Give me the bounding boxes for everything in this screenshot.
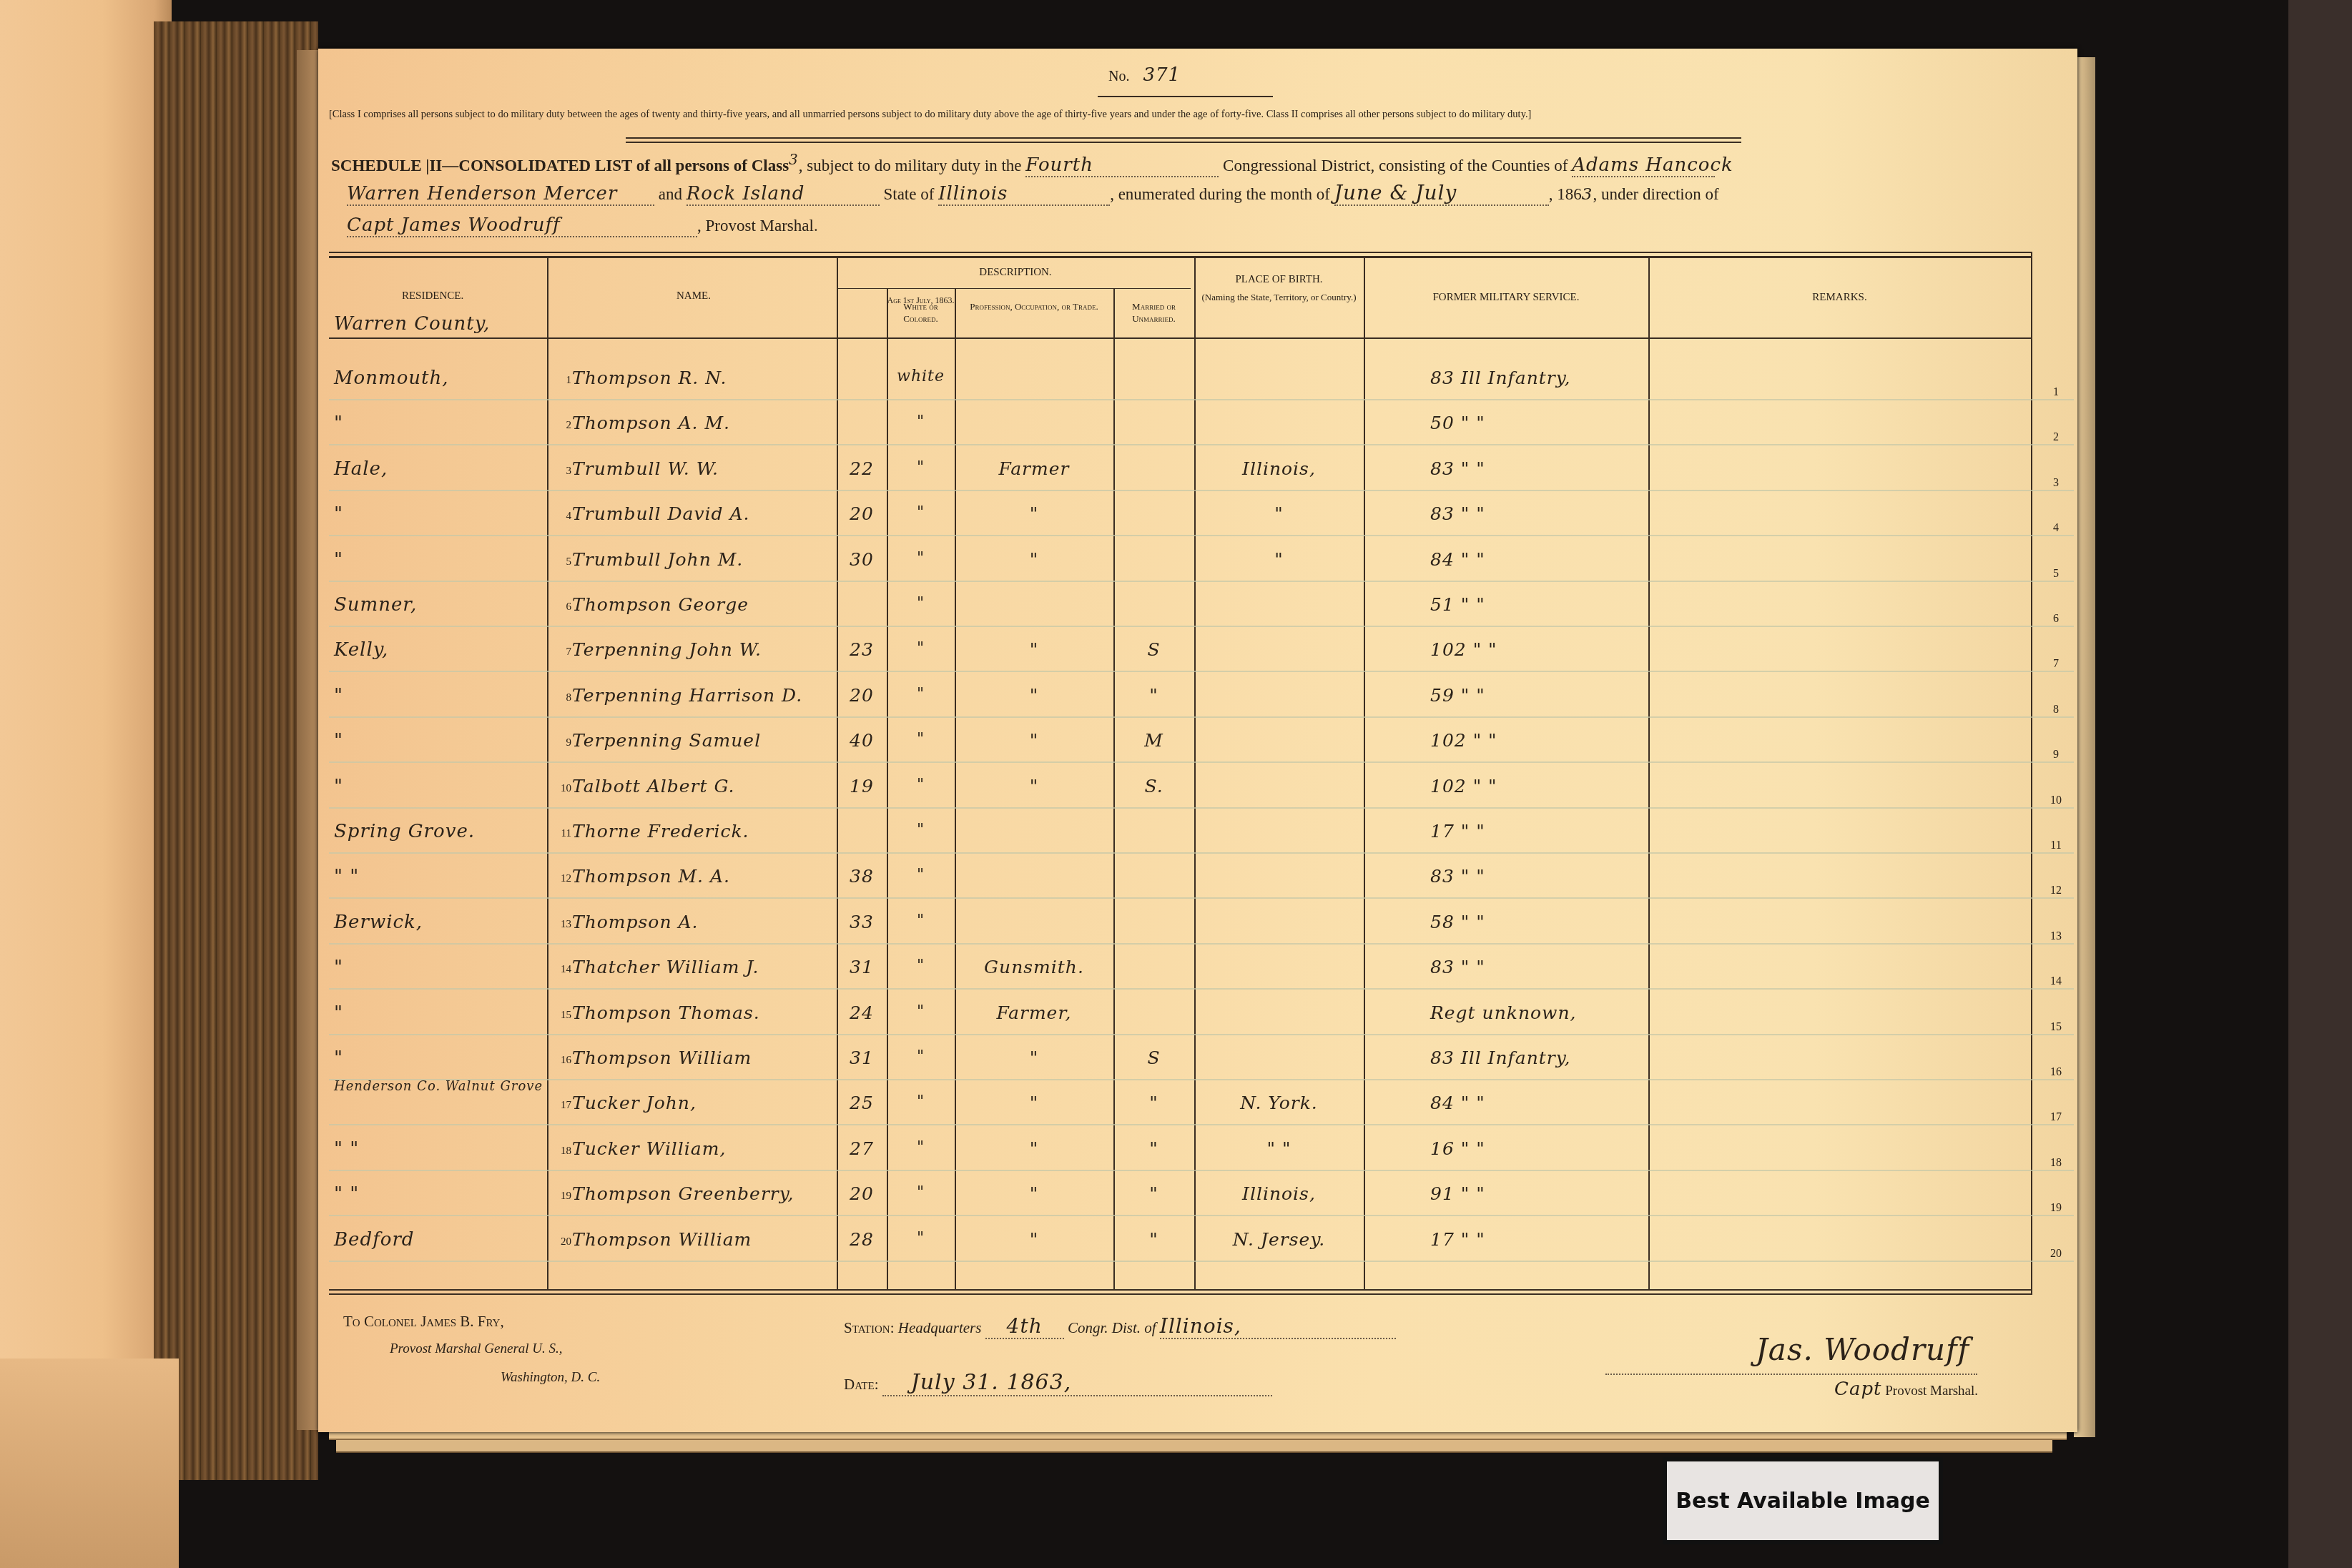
ruled-line xyxy=(329,807,2074,809)
cell-birth: Illinois, xyxy=(1194,458,1364,479)
header-profession: Profession, Occupation, or Trade. xyxy=(955,300,1113,312)
class-note: [Class I comprises all persons subject t… xyxy=(329,109,1531,121)
cell-military: 83 " " xyxy=(1430,957,1648,977)
date-line: Date: July 31. 1863, xyxy=(844,1370,1272,1396)
row-number: 5 xyxy=(554,556,571,568)
cell-color: " xyxy=(887,776,955,794)
cell-name: Thompson A. M. xyxy=(572,413,837,433)
cell-residence: Spring Grove. xyxy=(334,821,545,842)
row-number-margin: 15 xyxy=(2045,1021,2067,1034)
cell-birth: " xyxy=(1194,503,1364,524)
year-prefix: , 186 xyxy=(1549,185,1582,203)
row-number: 9 xyxy=(554,737,571,749)
table-bottom-rule xyxy=(329,1289,2031,1291)
cell-military: 83 Ill Infantry, xyxy=(1430,368,1648,388)
cell-profession: Farmer, xyxy=(955,1002,1113,1023)
cell-profession: " xyxy=(955,776,1113,797)
row-number-margin: 19 xyxy=(2045,1202,2067,1215)
row-number: 15 xyxy=(554,1010,571,1022)
ruled-line xyxy=(329,897,2074,899)
cell-profession: " xyxy=(955,685,1113,706)
cell-name: Thompson Thomas. xyxy=(572,1002,837,1023)
month-field: June & July xyxy=(1334,181,1549,206)
cell-name: Trumbull David A. xyxy=(572,503,837,524)
left-page xyxy=(0,0,172,1568)
cell-married: " xyxy=(1113,1229,1194,1250)
schedule-label: SCHEDULE xyxy=(331,157,422,174)
cell-color: white xyxy=(887,368,955,385)
cell-profession: " xyxy=(955,1183,1113,1204)
schedule-line-1: SCHEDULE |II—CONSOLIDATED LIST of all pe… xyxy=(331,151,1715,177)
cell-residence: " xyxy=(334,776,545,797)
cell-military: 83 " " xyxy=(1430,866,1648,887)
cell-age: 31 xyxy=(837,957,887,977)
badge-text: Best Available Image xyxy=(1676,1489,1930,1514)
state-field: Illinois xyxy=(938,183,1110,206)
cell-color: " xyxy=(887,957,955,975)
page-edges xyxy=(154,21,318,1480)
cell-name: Tucker William, xyxy=(572,1138,837,1159)
cell-residence: Henderson Co. Walnut Grove xyxy=(334,1080,545,1094)
cell-color: " xyxy=(887,1229,955,1247)
row-number: 17 xyxy=(554,1100,571,1112)
cell-residence: " xyxy=(334,503,545,525)
signature-title-print: Provost Marshal. xyxy=(1885,1384,1978,1399)
ruled-line xyxy=(329,535,2074,536)
row-number-margin: 1 xyxy=(2045,386,2067,399)
cell-residence: " xyxy=(334,549,545,571)
cell-military: 84 " " xyxy=(1430,549,1648,570)
and-text: and xyxy=(659,185,682,203)
row-number: 13 xyxy=(554,919,571,931)
cell-age: 25 xyxy=(837,1093,887,1113)
document-number: No. 371 xyxy=(1108,64,1181,86)
cell-color: " xyxy=(887,1093,955,1110)
ruled-line xyxy=(329,490,2074,491)
cell-residence: " xyxy=(334,957,545,978)
cell-color: " xyxy=(887,685,955,703)
ruled-line xyxy=(329,626,2074,627)
cell-residence: Kelly, xyxy=(334,639,545,661)
row-number-margin: 11 xyxy=(2045,839,2067,852)
cell-age: 31 xyxy=(837,1047,887,1068)
cell-name: Thorne Frederick. xyxy=(572,821,837,842)
ruled-line xyxy=(329,716,2074,718)
counties-field-3: Rock Island xyxy=(687,183,880,206)
header-birth: PLACE OF BIRTH. xyxy=(1194,274,1364,286)
cell-military: 58 " " xyxy=(1430,912,1648,932)
column-divider xyxy=(1194,257,1196,1289)
cell-name: Thompson William xyxy=(572,1047,837,1068)
cell-profession: Gunsmith. xyxy=(955,957,1113,977)
cell-married: S. xyxy=(1113,776,1194,797)
cell-age: 23 xyxy=(837,639,887,660)
cell-profession: " xyxy=(955,1229,1113,1250)
row-number: 12 xyxy=(554,873,571,885)
cell-residence: " " xyxy=(334,1138,545,1160)
ruled-line xyxy=(329,1261,2074,1262)
ruled-line xyxy=(329,943,2074,945)
cell-married: " xyxy=(1113,685,1194,706)
cell-residence: " " xyxy=(334,1183,545,1205)
row-number: 11 xyxy=(554,828,571,840)
cell-military: 59 " " xyxy=(1430,685,1648,706)
column-divider xyxy=(1648,257,1650,1289)
header-bottom-rule xyxy=(329,337,2031,339)
marshal-field: Capt James Woodruff xyxy=(347,215,697,237)
cell-color: " xyxy=(887,549,955,567)
row-number-margin: 16 xyxy=(2045,1066,2067,1079)
cell-military: 17 " " xyxy=(1430,821,1648,842)
row-number: 2 xyxy=(554,420,571,432)
cell-age: 38 xyxy=(837,866,887,887)
date-field: July 31. 1863, xyxy=(882,1370,1272,1396)
cell-residence: " xyxy=(334,1047,545,1069)
cell-profession: " xyxy=(955,730,1113,751)
row-number-margin: 10 xyxy=(2045,794,2067,807)
marshal-text: , Provost Marshal. xyxy=(697,217,818,235)
ruled-line xyxy=(329,1124,2074,1125)
cell-age: 27 xyxy=(837,1138,887,1159)
ruled-line xyxy=(329,1034,2074,1035)
cell-military: 102 " " xyxy=(1430,639,1648,660)
row-number: 10 xyxy=(554,783,571,795)
scan-background xyxy=(2288,0,2352,1568)
best-available-image-badge: Best Available Image xyxy=(1663,1457,1943,1544)
district-field: Fourth xyxy=(1025,154,1219,177)
ruled-line xyxy=(329,1170,2074,1171)
row-number-margin: 7 xyxy=(2045,658,2067,671)
divider xyxy=(1098,96,1273,97)
state-label: State of xyxy=(883,185,934,203)
cell-profession: " xyxy=(955,1138,1113,1159)
congr-field: Illinois, xyxy=(1160,1314,1396,1339)
cell-color: " xyxy=(887,1002,955,1020)
schedule-number: II xyxy=(429,157,442,174)
counties-field-2: Warren Henderson Mercer xyxy=(347,183,654,206)
cell-name: Terpenning John W. xyxy=(572,639,837,660)
cell-residence: Berwick, xyxy=(334,912,545,933)
cell-age: 20 xyxy=(837,503,887,524)
cell-name: Terpenning Harrison D. xyxy=(572,685,837,706)
cell-age: 28 xyxy=(837,1229,887,1250)
row-number: 16 xyxy=(554,1055,571,1067)
row-number-margin: 12 xyxy=(2045,884,2067,897)
cell-name: Terpenning Samuel xyxy=(572,730,837,751)
cell-profession: " xyxy=(955,1047,1113,1068)
cell-birth: N. Jersey. xyxy=(1194,1229,1364,1250)
row-number-margin: 13 xyxy=(2045,930,2067,943)
row-number-margin: 6 xyxy=(2045,613,2067,626)
cell-profession: " xyxy=(955,639,1113,660)
cell-name: Thompson George xyxy=(572,594,837,615)
cell-married: M xyxy=(1113,730,1194,751)
cell-profession: " xyxy=(955,1093,1113,1113)
header-description: DESCRIPTION. xyxy=(837,267,1194,279)
cell-residence: Sumner, xyxy=(334,594,545,616)
direction-text: , under direction of xyxy=(1593,185,1718,203)
footer-title-line: Provost Marshal General U. S., xyxy=(390,1341,563,1357)
row-number: 3 xyxy=(554,465,571,478)
divider xyxy=(626,137,1741,139)
row-number-margin: 3 xyxy=(2045,477,2067,490)
cell-military: Regt unknown, xyxy=(1430,1002,1648,1023)
row-number-margin: 9 xyxy=(2045,749,2067,761)
cell-residence: " " xyxy=(334,866,545,887)
station-field: 4th xyxy=(985,1314,1064,1339)
cell-age: 40 xyxy=(837,730,887,751)
column-divider xyxy=(837,257,838,1289)
left-page-corner xyxy=(0,1359,179,1568)
table-bottom-rule xyxy=(329,1293,2031,1295)
cell-married: S xyxy=(1113,639,1194,660)
number-label: No. xyxy=(1108,69,1129,84)
table-top-rule xyxy=(329,252,2031,253)
cell-color: " xyxy=(887,866,955,884)
divider xyxy=(626,142,1741,143)
cell-age: 24 xyxy=(837,1002,887,1023)
cell-military: 51 " " xyxy=(1430,594,1648,615)
cell-name: Thompson William xyxy=(572,1229,837,1250)
row-number: 1 xyxy=(554,375,571,387)
cell-age: 33 xyxy=(837,912,887,932)
row-number-margin: 8 xyxy=(2045,704,2067,716)
header-residence: RESIDENCE. xyxy=(340,290,526,302)
cell-name: Talbott Albert G. xyxy=(572,776,837,797)
cell-name: Trumbull John M. xyxy=(572,549,837,570)
counties-field-1: Adams Hancock xyxy=(1572,154,1715,177)
footer-to-line: To Colonel James B. Fry, xyxy=(343,1313,504,1331)
cell-age: 22 xyxy=(837,458,887,479)
cell-residence: " xyxy=(334,413,545,434)
cell-birth: N. York. xyxy=(1194,1093,1364,1113)
row-number-margin: 5 xyxy=(2045,568,2067,581)
station-text: Headquarters xyxy=(898,1319,982,1336)
cell-name: Thatcher William J. xyxy=(572,957,837,977)
schedule-title: —CONSOLIDATED LIST of all persons of Cla… xyxy=(442,157,789,174)
cell-name: Thompson M. A. xyxy=(572,866,837,887)
row-number-margin: 14 xyxy=(2045,975,2067,988)
cell-color: " xyxy=(887,1047,955,1065)
row-number: 19 xyxy=(554,1190,571,1203)
table-top-rule xyxy=(329,256,2031,258)
year-suffix: 3 xyxy=(1582,185,1593,204)
document-page: No. 371 [Class I comprises all persons s… xyxy=(318,49,2077,1432)
cell-military: 16 " " xyxy=(1430,1138,1648,1159)
row-number-margin: 4 xyxy=(2045,522,2067,535)
cell-age: 30 xyxy=(837,549,887,570)
cell-color: " xyxy=(887,594,955,612)
ruled-line xyxy=(329,852,2074,854)
cell-name: Thompson Greenberry, xyxy=(572,1183,837,1204)
cell-color: " xyxy=(887,821,955,839)
cell-age: 19 xyxy=(837,776,887,797)
cell-military: 102 " " xyxy=(1430,776,1648,797)
cell-military: 17 " " xyxy=(1430,1229,1648,1250)
cell-color: " xyxy=(887,730,955,748)
cell-residence: Hale, xyxy=(334,458,545,480)
cell-age: 20 xyxy=(837,685,887,706)
cell-name: Tucker John, xyxy=(572,1093,837,1113)
row-number: 4 xyxy=(554,511,571,523)
schedule-line-2: Warren Henderson Mercer and Rock Island … xyxy=(347,181,1719,206)
cell-birth: " " xyxy=(1194,1138,1364,1159)
cell-color: " xyxy=(887,639,955,657)
date-label: Date: xyxy=(844,1376,879,1393)
footer-place-line: Washington, D. C. xyxy=(501,1370,600,1386)
congr-text: Congr. Dist. of xyxy=(1068,1319,1156,1336)
cell-birth: Illinois, xyxy=(1194,1183,1364,1204)
cell-profession: Farmer xyxy=(955,458,1113,479)
cell-color: " xyxy=(887,1183,955,1201)
cell-name: Thompson A. xyxy=(572,912,837,932)
signature-title-hand: Capt xyxy=(1834,1379,1882,1400)
schedule-line-3: Capt James Woodruff, Provost Marshal. xyxy=(347,215,818,237)
signature-line xyxy=(1605,1374,1977,1375)
row-number-margin: 18 xyxy=(2045,1157,2067,1170)
ruled-line xyxy=(329,399,2074,400)
row-number: 6 xyxy=(554,601,571,613)
cell-age: 20 xyxy=(837,1183,887,1204)
station-line: Station: Headquarters 4th Congr. Dist. o… xyxy=(844,1314,1396,1339)
district-text: Congressional District, consisting of th… xyxy=(1223,157,1568,174)
cell-military: 83 Ill Infantry, xyxy=(1430,1047,1648,1068)
enumerated-text: , enumerated during the month of xyxy=(1110,185,1330,203)
signature: Jas. Woodruff xyxy=(1756,1332,1969,1367)
header-white-colored: White or Colored. xyxy=(887,300,955,325)
cell-military: 50 " " xyxy=(1430,413,1648,433)
ruled-line xyxy=(329,761,2074,763)
cell-color: " xyxy=(887,413,955,430)
column-divider xyxy=(2031,252,2032,1295)
county-heading: Warren County, xyxy=(334,313,490,335)
row-number: 14 xyxy=(554,964,571,976)
cell-birth: " xyxy=(1194,549,1364,570)
row-number: 7 xyxy=(554,646,571,659)
column-divider xyxy=(1364,257,1365,1289)
cell-color: " xyxy=(887,503,955,521)
cell-married: " xyxy=(1113,1093,1194,1113)
column-divider xyxy=(547,257,548,1289)
ruled-line xyxy=(329,444,2074,445)
cell-military: 83 " " xyxy=(1430,458,1648,479)
cell-profession: " xyxy=(955,549,1113,570)
cell-residence: " xyxy=(334,730,545,751)
row-number: 18 xyxy=(554,1145,571,1158)
cell-military: 91 " " xyxy=(1430,1183,1648,1204)
header-remarks: REMARKS. xyxy=(1648,292,2031,304)
ruled-line xyxy=(329,671,2074,672)
ruled-line xyxy=(329,581,2074,582)
row-number-margin: 17 xyxy=(2045,1111,2067,1124)
header-birth-sub: (Naming the State, Territory, or Country… xyxy=(1198,292,1360,302)
cell-married: " xyxy=(1113,1138,1194,1159)
header-military: FORMER MILITARY SERVICE. xyxy=(1364,292,1648,304)
number-value: 371 xyxy=(1143,64,1181,86)
station-label: Station: xyxy=(844,1319,894,1336)
cell-color: " xyxy=(887,912,955,930)
cell-name: Trumbull W. W. xyxy=(572,458,837,479)
cell-color: " xyxy=(887,458,955,476)
cell-residence: Bedford xyxy=(334,1229,545,1251)
description-rule xyxy=(837,288,1191,289)
header-name: NAME. xyxy=(551,290,837,302)
cell-military: 84 " " xyxy=(1430,1093,1648,1113)
cell-married: " xyxy=(1113,1183,1194,1204)
cell-residence: Monmouth, xyxy=(334,368,545,389)
row-number-margin: 2 xyxy=(2045,431,2067,444)
cell-married: S xyxy=(1113,1047,1194,1068)
subject-text: , subject to do military duty in the xyxy=(799,157,1022,174)
cell-profession: " xyxy=(955,503,1113,524)
cell-residence: " xyxy=(334,685,545,706)
class-value: 3 xyxy=(789,151,799,168)
row-number: 8 xyxy=(554,692,571,704)
signature-title: Capt Provost Marshal. xyxy=(1834,1379,1978,1400)
header-married: Married or Unmarried. xyxy=(1113,300,1194,325)
ruled-line xyxy=(329,988,2074,990)
cell-military: 102 " " xyxy=(1430,730,1648,751)
row-number-margin: 20 xyxy=(2045,1248,2067,1261)
row-number: 20 xyxy=(554,1236,571,1248)
ruled-line xyxy=(329,1215,2074,1216)
ruled-line xyxy=(329,1079,2074,1080)
cell-residence: " xyxy=(334,1002,545,1024)
cell-color: " xyxy=(887,1138,955,1156)
cell-military: 83 " " xyxy=(1430,503,1648,524)
cell-name: Thompson R. N. xyxy=(572,368,837,388)
